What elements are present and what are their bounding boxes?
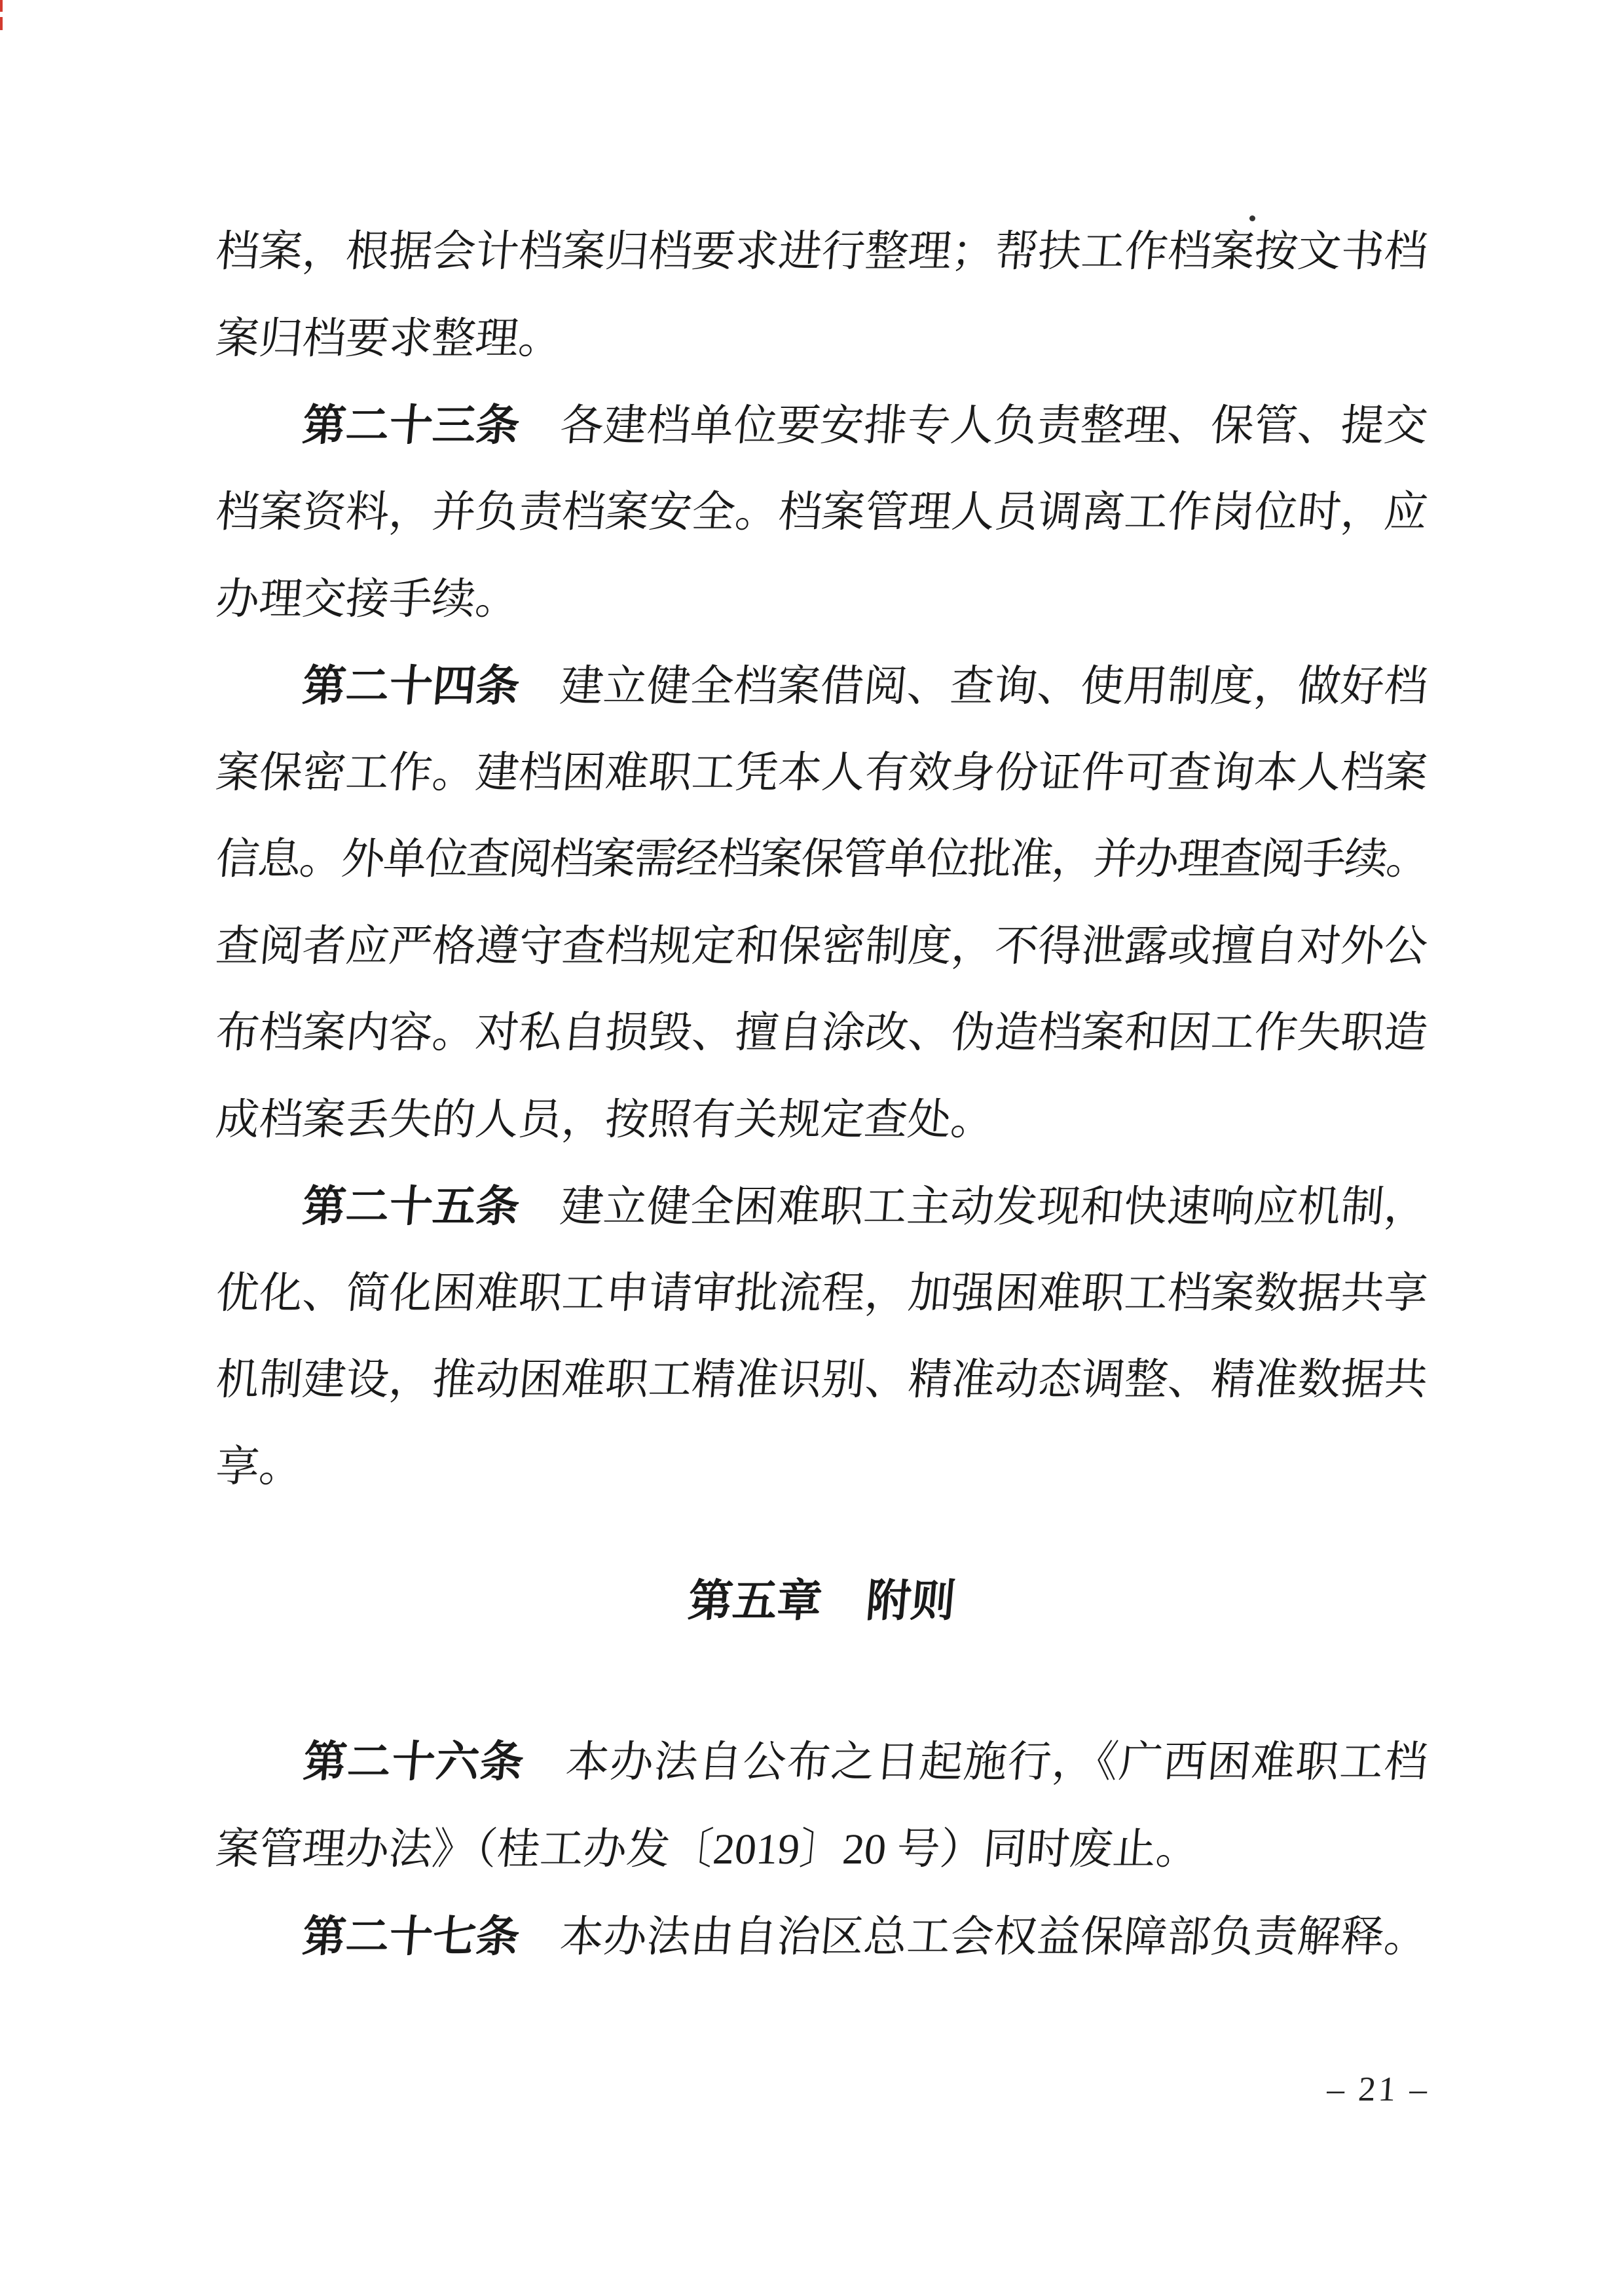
scan-edge-artifact <box>0 17 3 30</box>
article-text: 本办法由自治区总工会权益保障部负责解释。 <box>558 1913 1430 1961</box>
text-line: 档案，根据会计档案归档要求进行整理；帮扶工作档案按文书档 <box>212 208 1431 295</box>
page-number: – 21 – <box>1269 2066 1488 2112</box>
article-line: 第二十四条建立健全档案借阅、查询、使用制度，做好档 <box>212 642 1431 729</box>
text-line: 机制建设，推动困难职工精准识别、精准动态调整、精准数据共 <box>212 1336 1431 1423</box>
article-number: 第二十七条 <box>301 1912 522 1960</box>
text-line: 成档案丢失的人员，按照有关规定查处。 <box>212 1076 1431 1164</box>
document-page: 档案，根据会计档案归档要求进行整理；帮扶工作档案按文书档 案归档要求整理。 第二… <box>0 0 1624 2295</box>
article-number: 第二十六条 <box>301 1737 526 1786</box>
text-line: 办理交接手续。 <box>212 556 1431 643</box>
text-line: 布档案内容。对私自损毁、擅自涂改、伪造档案和因工作失职造 <box>212 989 1431 1076</box>
text-line: 档案资料，并负责档案安全。档案管理人员调离工作岗位时，应 <box>212 469 1431 556</box>
article-number: 第二十四条 <box>301 661 522 710</box>
article-number: 第二十五条 <box>301 1182 522 1230</box>
text-line: 案保密工作。建档困难职工凭本人有效身份证件可查询本人档案 <box>212 729 1431 817</box>
text-line: 优化、简化困难职工申请审批流程，加强困难职工档案数据共享 <box>212 1250 1431 1337</box>
text-line: 信息。外单位查阅档案需经档案保管单位批准，并办理查阅手续。 <box>212 816 1431 903</box>
article-text: 各建档单位要安排专人负责整理、保管、提交 <box>558 402 1430 450</box>
article-text: 建立健全档案借阅、查询、使用制度，做好档 <box>558 663 1430 710</box>
article-line: 第二十三条各建档单位要安排专人负责整理、保管、提交 <box>212 382 1431 469</box>
text-line: 享。 <box>212 1423 1431 1511</box>
text-line: 案归档要求整理。 <box>212 295 1431 382</box>
text-line: 案管理办法》（桂工办发〔2019〕20 号）同时废止。 <box>212 1806 1431 1893</box>
chapter-heading: 第五章 附则 <box>212 1558 1431 1645</box>
article-text: 本办法自公布之日起施行，《广西困难职工档 <box>563 1738 1430 1786</box>
article-line: 第二十五条建立健全困难职工主动发现和快速响应机制， <box>212 1163 1431 1250</box>
article-number: 第二十三条 <box>301 401 522 449</box>
article-text: 建立健全困难职工主动发现和快速响应机制， <box>558 1183 1430 1231</box>
scan-edge-artifact <box>0 0 3 12</box>
article-line: 第二十六条本办法自公布之日起施行，《广西困难职工档 <box>212 1718 1431 1805</box>
article-line: 第二十七条本办法由自治区总工会权益保障部负责解释。 <box>212 1893 1431 1980</box>
text-line: 查阅者应严格遵守查档规定和保密制度，不得泄露或擅自对外公 <box>212 903 1431 990</box>
